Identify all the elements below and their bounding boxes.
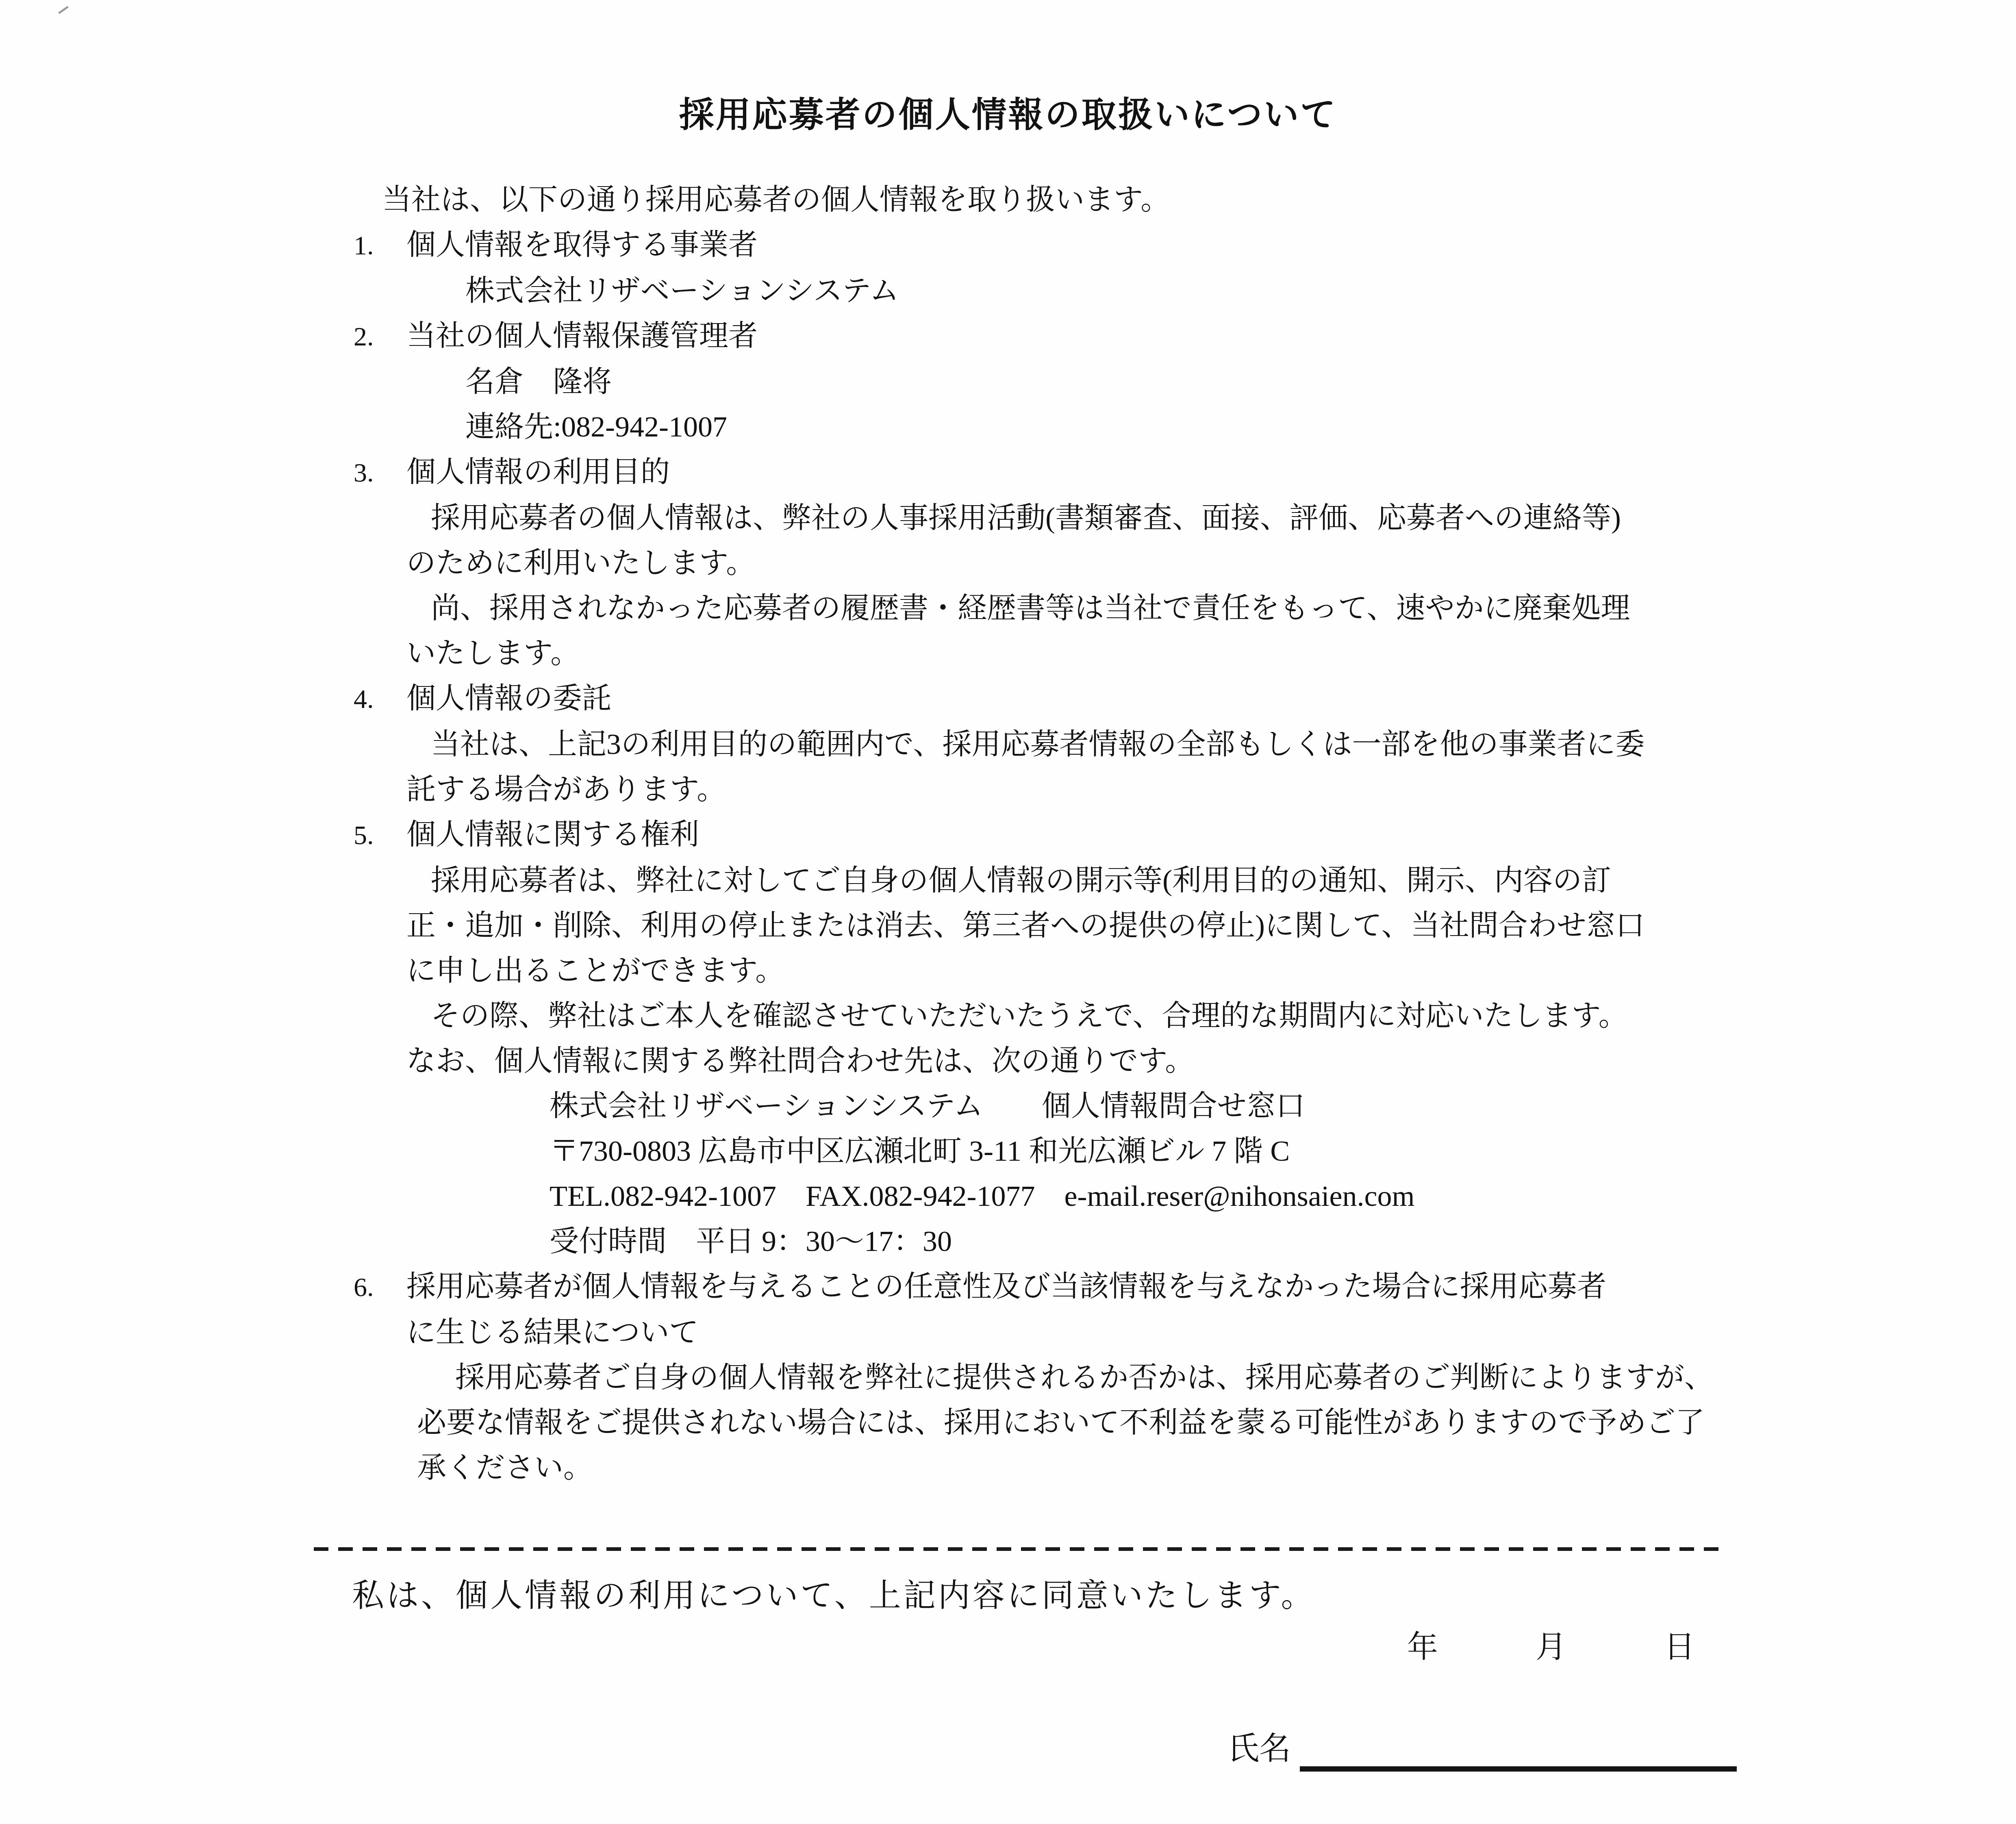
section-5-line: その際、弊社はご本人を確認させていただいたうえで、合理的な期間内に対応いたします… [431,993,2016,1038]
section-2-manager-name: 名倉 隆将 [465,359,2016,404]
name-label: 氏名 [1227,1724,1291,1773]
section-5-heading-row: 5.個人情報に関する権利 [354,812,2016,858]
section-4-line: 当社は、上記3の利用目的の範囲内で、採用応募者情報の全部もしくは一部を他の事業者… [431,722,2016,767]
section-6-heading-continuation: に生じる結果について [406,1310,2016,1355]
contact-tel-fax-email: TEL.082-942-1007 FAX.082-942-1077 e-mail… [550,1174,2016,1219]
day-label: 日 [1664,1625,1695,1670]
section-2-number: 2. [354,314,406,359]
section-4-number: 4. [354,677,406,722]
section-4-heading-row: 4.個人情報の委託 [354,676,2016,722]
section-6-line: 承ください。 [417,1445,2016,1490]
section-6-line: 採用応募者ご自身の個人情報を弊社に提供されるか否かは、採用応募者のご判断によりま… [455,1355,2016,1400]
section-5-line: 正・追加・削除、利用の停止または消去、第三者への提供の停止)に関して、当社問合わ… [406,903,2016,948]
date-fields-row: 年 月 日 [0,1625,2016,1670]
name-field-row: 氏名 [1227,1724,1768,1773]
dashed-separator [314,1547,1720,1551]
section-3-line: 採用応募者の個人情報は、弊社の人事採用活動(書類審査、面接、評価、応募者への連絡… [431,495,2016,541]
section-3-line: のために利用いたします。 [406,541,2016,586]
section-6-heading: 採用応募者が個人情報を与えることの任意性及び当該情報を与えなかった場合に採用応募… [406,1270,1606,1303]
contact-address: 〒730-0803 広島市中区広瀬北町 3-11 和光広瀬ビル 7 階 C [550,1129,2016,1174]
scanned-document-page: 採用応募者の個人情報の取扱いについて 当社は、以下の通り採用応募者の個人情報を取… [0,0,2016,1824]
contact-hours: 受付時間 平日 9：30〜17：30 [550,1219,2016,1264]
section-5-heading: 個人情報に関する権利 [406,818,699,851]
section-4-line: 託する場合があります。 [406,767,2016,812]
section-1-heading: 個人情報を取得する事業者 [406,228,758,261]
section-6-number: 6. [354,1265,406,1310]
section-5-line: 採用応募者は、弊社に対してご自身の個人情報の開示等(利用目的の通知、開示、内容の… [431,858,2016,903]
section-1-company-name: 株式会社リザベーションシステム [465,268,2016,313]
agreement-statement: 私は、個人情報の利用について、上記内容に同意いたします。 [352,1572,2016,1621]
section-3-heading: 個人情報の利用目的 [406,456,670,488]
document-title: 採用応募者の個人情報の取扱いについて [0,0,2016,141]
section-3-number: 3. [354,450,406,495]
section-1-number: 1. [354,223,406,268]
section-5-number: 5. [354,813,406,858]
section-2-heading-row: 2.当社の個人情報保護管理者 [354,313,2016,359]
section-3-line: いたします。 [406,631,2016,676]
month-label: 月 [1536,1625,1566,1670]
section-6-line: 必要な情報をご提供されない場合には、採用において不利益を蒙る可能性がありますので… [417,1400,2016,1445]
section-3-heading-row: 3.個人情報の利用目的 [354,449,2016,495]
section-6-heading-row: 6.採用応募者が個人情報を与えることの任意性及び当該情報を与えなかった場合に採用… [354,1264,2016,1310]
section-4-heading: 個人情報の委託 [406,682,611,714]
contact-window-name: 株式会社リザベーションシステム 個人情報問合せ窓口 [550,1084,2016,1129]
intro-text: 当社は、以下の通り採用応募者の個人情報を取り扱います。 [382,177,2016,222]
section-1-heading-row: 1.個人情報を取得する事業者 [354,222,2016,268]
signature-line [1300,1761,1737,1772]
section-5-line: なお、個人情報に関する弊社問合わせ先は、次の通りです。 [406,1038,2016,1084]
section-2-contact-number: 連絡先:082-942-1007 [465,404,2016,449]
section-5-line: に申し出ることができます。 [406,948,2016,993]
section-2-heading: 当社の個人情報保護管理者 [406,319,758,352]
year-label: 年 [1407,1625,1438,1670]
section-3-line: 尚、採用されなかった応募者の履歴書・経歴書等は当社で責任をもって、速やかに廃棄処… [431,586,2016,631]
